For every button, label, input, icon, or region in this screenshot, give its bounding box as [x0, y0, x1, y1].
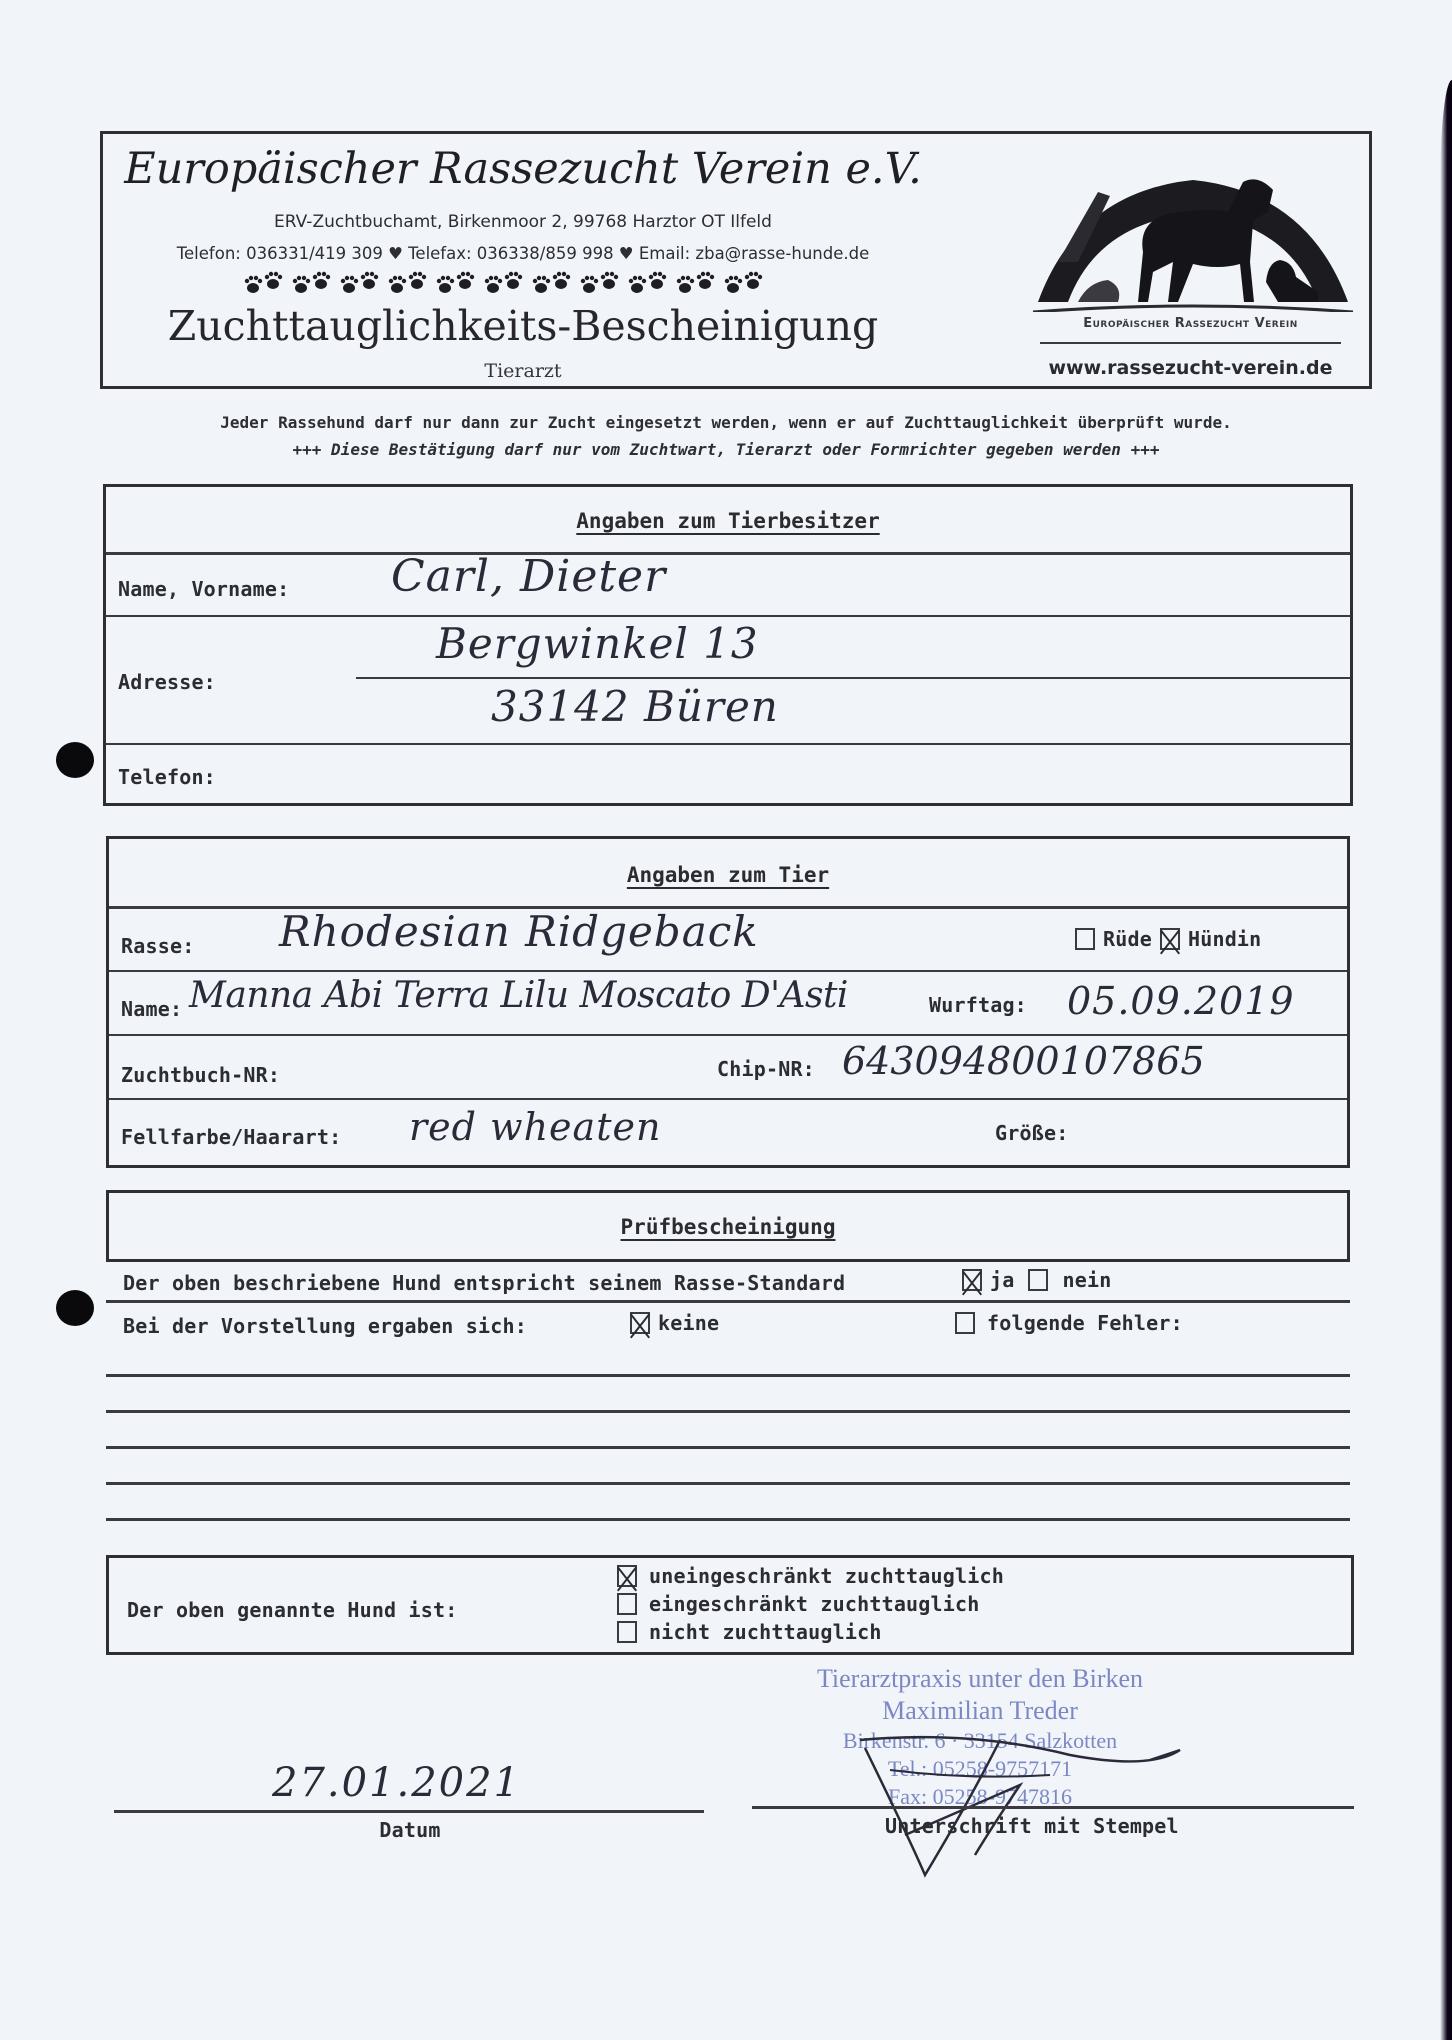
punch-hole-bottom [56, 1290, 94, 1326]
stamp-line-1: Tierarztpraxis unter den Birken [770, 1664, 1190, 1694]
divider [106, 1300, 1350, 1303]
checkbox-findings-none[interactable] [630, 1312, 650, 1334]
findings-faults-option: folgende Fehler: [955, 1311, 1183, 1335]
exam-section-header: Prüfbescheinigung [106, 1190, 1350, 1262]
paw-icon-row [243, 270, 803, 296]
findings-none-option: keine [630, 1311, 719, 1335]
sex-options: Rüde Hündin [1075, 927, 1261, 951]
checkbox-standard-yes[interactable] [962, 1269, 982, 1291]
checkbox-female-label: Hündin [1188, 927, 1261, 951]
logo-brand-text: Europäischer Rassezucht Verein [1018, 316, 1363, 331]
date-label: Datum [370, 1818, 450, 1842]
breed-field[interactable]: Rhodesian Ridgeback [279, 907, 759, 956]
club-logo: Europäischer Rassezucht Verein www.rasse… [1018, 152, 1363, 392]
checkbox-unrestricted[interactable] [617, 1565, 637, 1587]
breed-standard-text: Der oben beschriebene Hund entspricht se… [123, 1271, 845, 1295]
checkbox-restricted[interactable] [617, 1593, 637, 1615]
owner-name-field[interactable]: Carl, Dieter [391, 551, 666, 602]
result-section: Der oben genannte Hund ist: uneingeschrä… [106, 1555, 1354, 1655]
dog-name-field[interactable]: Manna Abi Terra Lilu Moscato D'Asti [189, 975, 848, 1016]
divider [109, 1034, 1347, 1036]
checkbox-female[interactable] [1160, 928, 1180, 950]
organization-contact: Telefon: 036331/419 309 ♥ Telefax: 03633… [103, 244, 943, 263]
signature-label: Unterschrift mit Stempel [885, 1814, 1179, 1838]
checkbox-male[interactable] [1075, 928, 1095, 950]
owner-address-label: Adresse: [118, 670, 216, 694]
studbook-number-label: Zuchtbuch-NR: [121, 1063, 280, 1087]
owner-section-title: Angaben zum Tierbesitzer [106, 509, 1350, 533]
chip-number-field[interactable]: 643094800107865 [842, 1039, 1205, 1083]
checkbox-findings-none-label: keine [658, 1311, 719, 1335]
document-title: Zuchttauglichkeits-Bescheinigung [103, 302, 943, 350]
letterhead: Europäischer Rassezucht Verein e.V. ERV-… [100, 131, 1372, 389]
result-option-unrestricted: uneingeschränkt zuchttauglich [617, 1564, 1004, 1588]
dog-arch-logo-icon [1018, 152, 1363, 312]
owner-phone-label: Telefon: [118, 765, 216, 789]
divider [109, 1098, 1347, 1100]
notice-line-2: +++ Diese Bestätigung darf nur vom Zucht… [0, 440, 1452, 459]
date-line [114, 1810, 704, 1813]
checkbox-findings-faults-label: folgende Fehler: [987, 1311, 1183, 1335]
findings-notes-area[interactable] [106, 1360, 1350, 1530]
notes-line [106, 1374, 1350, 1377]
signature-line [752, 1806, 1354, 1809]
paw-print-icons [243, 270, 803, 302]
birth-date-label: Wurftag: [929, 993, 1027, 1017]
notice-line-1: Jeder Rassehund darf nur dann zur Zucht … [0, 413, 1452, 432]
birth-date-field[interactable]: 05.09.2019 [1067, 979, 1295, 1023]
address-divider [356, 677, 1350, 679]
checkbox-unrestricted-label: uneingeschränkt zuchttauglich [649, 1564, 1004, 1588]
result-label: Der oben genannte Hund ist: [127, 1598, 458, 1622]
divider [106, 615, 1350, 617]
breed-standard-options: ja nein [962, 1268, 1111, 1292]
owner-name-label: Name, Vorname: [118, 577, 289, 601]
divider [106, 552, 1350, 555]
date-field[interactable]: 27.01.2021 [272, 1760, 521, 1806]
notes-line [106, 1446, 1350, 1449]
checkbox-standard-no[interactable] [1028, 1269, 1048, 1291]
checkbox-male-label: Rüde [1103, 927, 1152, 951]
scanner-edge-shadow [1440, 80, 1452, 2040]
breed-label: Rasse: [121, 934, 194, 958]
chip-number-label: Chip-NR: [717, 1057, 815, 1081]
notes-line [106, 1482, 1350, 1485]
checkbox-unfit-label: nicht zuchttauglich [649, 1620, 882, 1644]
checkbox-unfit[interactable] [617, 1621, 637, 1643]
animal-section: Angaben zum Tier Rasse: Rhodesian Ridgeb… [106, 836, 1350, 1168]
punch-hole-top [56, 742, 94, 778]
coat-field[interactable]: red wheaten [409, 1105, 661, 1149]
coat-label: Fellfarbe/Haarart: [121, 1125, 341, 1149]
owner-address-line-1[interactable]: Bergwinkel 13 [436, 619, 759, 668]
document-subtitle: Tierarzt [103, 360, 943, 382]
vet-signature-scribble [850, 1720, 1210, 1880]
notes-line [106, 1410, 1350, 1413]
organization-name: Europäischer Rassezucht Verein e.V. [103, 144, 943, 194]
result-option-unfit: nicht zuchttauglich [617, 1620, 1004, 1644]
result-option-restricted: eingeschränkt zuchttauglich [617, 1592, 1004, 1616]
checkbox-standard-no-label: nein [1062, 1268, 1111, 1292]
organization-address: ERV-Zuchtbuchamt, Birkenmoor 2, 99768 Ha… [103, 212, 943, 232]
owner-section: Angaben zum Tierbesitzer Name, Vorname: … [103, 484, 1353, 806]
notes-line [106, 1518, 1350, 1521]
divider [109, 970, 1347, 972]
animal-section-title: Angaben zum Tier [109, 863, 1347, 887]
divider [106, 743, 1350, 745]
checkbox-findings-faults[interactable] [955, 1312, 975, 1334]
size-label: Größe: [995, 1121, 1068, 1145]
logo-underline [1040, 342, 1341, 344]
checkbox-standard-yes-label: ja [990, 1268, 1014, 1292]
dog-name-label: Name: [121, 997, 182, 1021]
owner-address-line-2[interactable]: 33142 Büren [491, 682, 779, 731]
exam-section-title: Prüfbescheinigung [109, 1215, 1347, 1239]
result-options: uneingeschränkt zuchttauglich eingeschrä… [617, 1564, 1004, 1644]
findings-text: Bei der Vorstellung ergaben sich: [123, 1314, 527, 1338]
checkbox-restricted-label: eingeschränkt zuchttauglich [649, 1592, 980, 1616]
club-website: www.rassezucht-verein.de [1018, 357, 1363, 379]
